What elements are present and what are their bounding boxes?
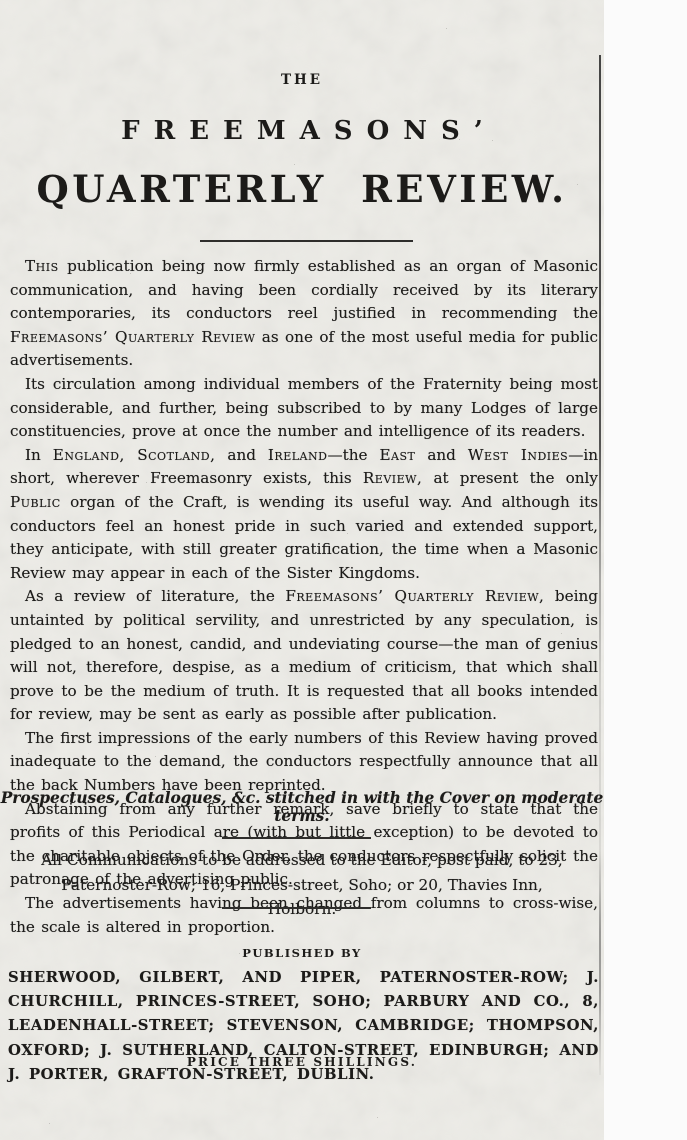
page-title-line2: QUARTERLY REVIEW. bbox=[0, 167, 604, 211]
masthead-kicker: THE bbox=[0, 72, 604, 88]
body-paragraph: In England, Scotland, and Ireland—the Ea… bbox=[10, 444, 598, 586]
page-title-line1: FREEMASONS’ bbox=[0, 116, 604, 146]
scanned-page: THE FREEMASONS’ QUARTERLY REVIEW. This p… bbox=[0, 0, 604, 1140]
title-divider-rule bbox=[200, 240, 413, 242]
communications-note: All Communications to be addressed to th… bbox=[30, 848, 574, 922]
section-divider-rule bbox=[222, 907, 371, 909]
body-paragraph: Its circulation among individual members… bbox=[10, 373, 598, 444]
section-divider-rule bbox=[222, 837, 371, 839]
stitching-terms-notice: Prospectuses, Catalogues, &c. stitched i… bbox=[0, 789, 604, 825]
body-paragraph: As a review of literature, the Freemason… bbox=[10, 585, 598, 727]
body-paragraph: The first impressions of the early numbe… bbox=[10, 727, 598, 798]
published-by-heading: PUBLISHED BY bbox=[0, 946, 604, 960]
page-edge-line bbox=[599, 55, 601, 1075]
body-paragraph: This publication being now firmly establ… bbox=[10, 255, 598, 373]
price-line: PRICE THREE SHILLINGS. bbox=[0, 1055, 604, 1069]
